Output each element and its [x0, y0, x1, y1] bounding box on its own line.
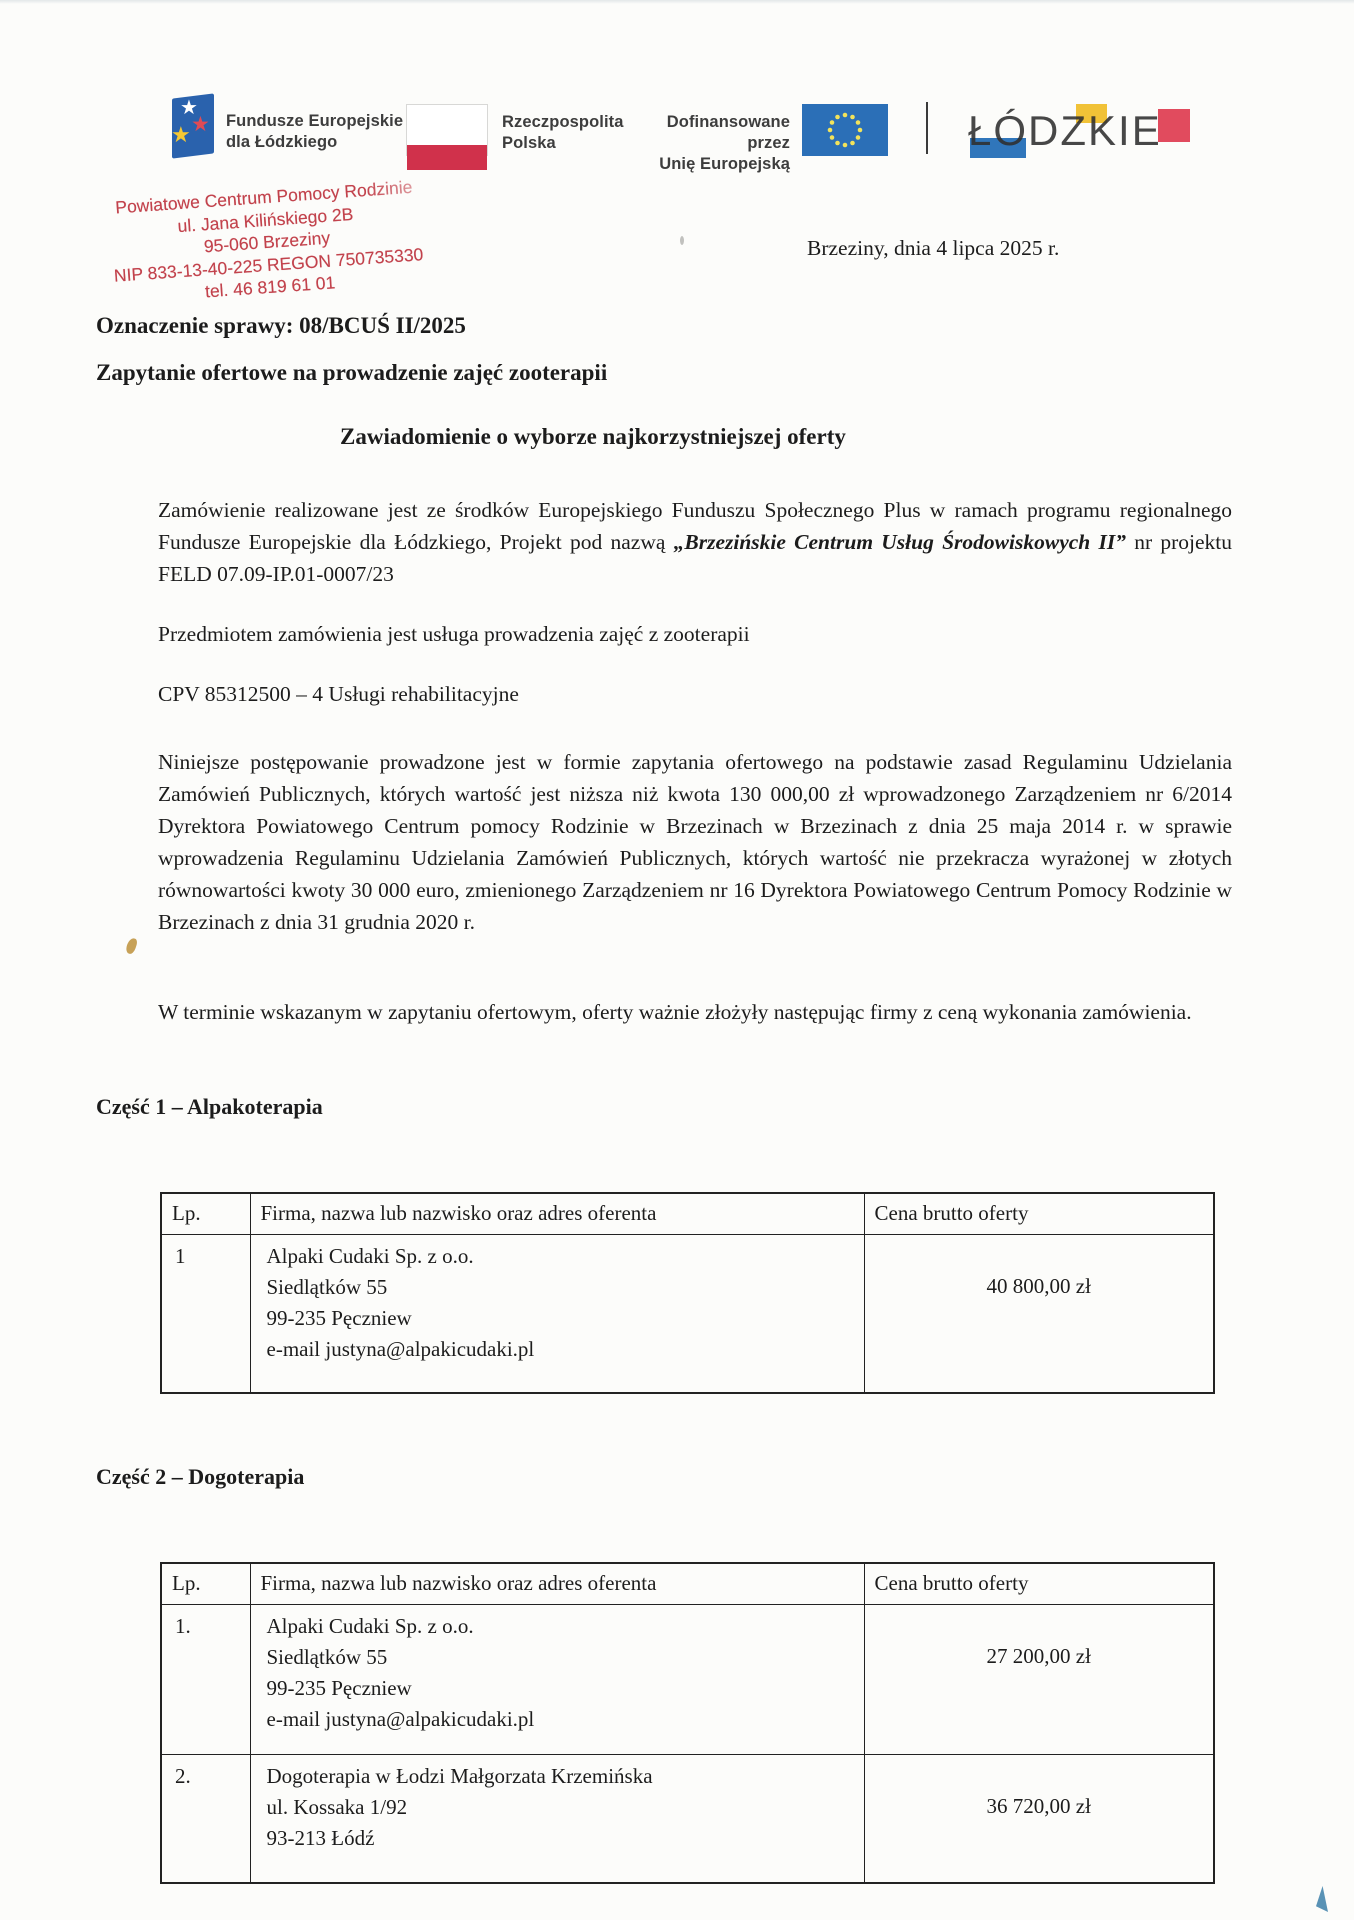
part2-heading: Część 2 – Dogoterapia [96, 1464, 304, 1490]
offerer-line-4: e-mail justyna@alpakicudaki.pl [267, 1334, 854, 1365]
document-page: ★ ★ ★ Fundusze Europejskie dla Łódzkiego… [0, 0, 1354, 1920]
date-line: Brzeziny, dnia 4 lipca 2025 r. [807, 236, 1059, 261]
poland-flag-red-stripe [407, 145, 487, 170]
rzeczpospolita-polska-logo: Rzeczpospolita Polska [406, 104, 624, 156]
cell-offerer: Dogoterapia w Łodzi Małgorzata Krzemińsk… [250, 1755, 864, 1883]
eu-star-icon [843, 143, 848, 148]
offers-table-part1: Lp.Firma, nazwa lub nazwisko oraz adres … [160, 1192, 1215, 1394]
logo-strip: ★ ★ ★ Fundusze Europejskie dla Łódzkiego… [0, 0, 1354, 200]
fe-star-yellow-icon: ★ [171, 124, 191, 146]
part1-heading: Część 1 – Alpakoterapia [96, 1094, 323, 1120]
offerer-line-2: Siedlątków 55 [267, 1272, 854, 1303]
cell-offerer: Alpaki Cudaki Sp. z o.o.Siedlątków 5599-… [250, 1235, 864, 1393]
table-header-col-offerer: Firma, nazwa lub nazwisko oraz adres ofe… [250, 1193, 864, 1235]
cell-offerer: Alpaki Cudaki Sp. z o.o.Siedlątków 5599-… [250, 1605, 864, 1755]
poland-flag-icon [406, 104, 488, 156]
cell-lp: 1. [161, 1605, 250, 1755]
eu-flag-icon [802, 104, 888, 156]
subject-line: Zapytanie ofertowe na prowadzenie zajęć … [96, 360, 607, 386]
table-header-row: Lp.Firma, nazwa lub nazwisko oraz adres … [161, 1563, 1214, 1605]
offerer-line-3: 99-235 Pęczniew [267, 1303, 854, 1334]
project-name: „Brzezińskie Centrum Usług Środowiskowyc… [674, 530, 1126, 554]
cell-price: 27 200,00 zł [864, 1605, 1214, 1755]
paragraph-procedure-basis: Niniejsze postępowanie prowadzone jest w… [158, 746, 1232, 938]
eu-funding-logo: Dofinansowane przez Unię Europejską [630, 104, 888, 175]
lodzkie-red-square [1158, 109, 1190, 142]
pl-logo-text: Rzeczpospolita Polska [502, 112, 624, 156]
paragraph-subject-of-order: Przedmiotem zamówienia jest usługa prowa… [158, 618, 1232, 650]
eu-star-icon [850, 141, 855, 146]
fundusze-europejskie-logo: ★ ★ ★ Fundusze Europejskie dla Łódzkiego [172, 96, 403, 156]
eu-star-icon [850, 115, 855, 120]
paragraph-cpv-code: CPV 85312500 – 4 Usługi rehabilitacyjne [158, 678, 1232, 710]
offerer-line-3: 93-213 Łódź [267, 1823, 854, 1854]
fe-logo-line2: dla Łódzkiego [226, 132, 403, 153]
eu-star-icon [856, 135, 861, 140]
fundusze-europejskie-flag-icon: ★ ★ ★ [172, 96, 214, 156]
cell-price: 40 800,00 zł [864, 1235, 1214, 1393]
lodzkie-wordmark: ŁÓDZKIE [968, 108, 1162, 154]
pl-logo-line2: Polska [502, 133, 624, 154]
table-header-col-price: Cena brutto oferty [864, 1193, 1214, 1235]
table-header-row: Lp.Firma, nazwa lub nazwisko oraz adres … [161, 1193, 1214, 1235]
fe-logo-text: Fundusze Europejskie dla Łódzkiego [226, 111, 403, 156]
eu-star-icon [835, 141, 840, 146]
offerer-line-2: Siedlątków 55 [267, 1642, 854, 1673]
table-header-col-offerer: Firma, nazwa lub nazwisko oraz adres ofe… [250, 1563, 864, 1605]
eu-star-icon [828, 128, 833, 133]
table-header-col-lp: Lp. [161, 1563, 250, 1605]
cell-lp: 2. [161, 1755, 250, 1883]
scan-artifact-blue-mark [1316, 1886, 1328, 1912]
table-header-col-lp: Lp. [161, 1193, 250, 1235]
logo-divider [926, 102, 928, 154]
pl-logo-line1: Rzeczpospolita [502, 112, 624, 133]
eu-logo-line2: Unię Europejską [630, 154, 790, 175]
eu-logo-text: Dofinansowane przez Unię Europejską [630, 112, 790, 175]
eu-star-icon [858, 128, 863, 133]
eu-logo-line1: Dofinansowane przez [630, 112, 790, 154]
eu-star-icon [843, 113, 848, 118]
eu-star-icon [856, 120, 861, 125]
scan-artifact-gray-speck [680, 236, 684, 245]
offerer-line-2: ul. Kossaka 1/92 [267, 1792, 854, 1823]
offerer-line-1: Alpaki Cudaki Sp. z o.o. [267, 1241, 854, 1272]
offerer-line-4: e-mail justyna@alpakicudaki.pl [267, 1704, 854, 1735]
cell-lp: 1 [161, 1235, 250, 1393]
offerer-line-1: Dogoterapia w Łodzi Małgorzata Krzemińsk… [267, 1761, 854, 1792]
cell-price: 36 720,00 zł [864, 1755, 1214, 1883]
fe-star-red-icon: ★ [191, 114, 210, 135]
table-row: 1.Alpaki Cudaki Sp. z o.o.Siedlątków 559… [161, 1605, 1214, 1755]
eu-star-icon [830, 120, 835, 125]
lodzkie-logo: ŁÓDZKIE [968, 104, 1190, 158]
scan-artifact-yellow-speck [125, 937, 139, 955]
offerer-line-1: Alpaki Cudaki Sp. z o.o. [267, 1611, 854, 1642]
table-row: 2.Dogoterapia w Łodzi Małgorzata Krzemiń… [161, 1755, 1214, 1883]
offerer-line-3: 99-235 Pęczniew [267, 1673, 854, 1704]
eu-star-icon [830, 135, 835, 140]
case-number: Oznaczenie sprawy: 08/BCUŚ II/2025 [96, 313, 466, 339]
eu-star-icon [835, 115, 840, 120]
paragraph-funding: Zamówienie realizowane jest ze środków E… [158, 494, 1232, 590]
fe-logo-line1: Fundusze Europejskie [226, 111, 403, 132]
paragraph-offers-received: W terminie wskazanym w zapytaniu ofertow… [158, 996, 1232, 1028]
table-header-col-price: Cena brutto oferty [864, 1563, 1214, 1605]
offers-table-part2: Lp.Firma, nazwa lub nazwisko oraz adres … [160, 1562, 1215, 1884]
document-title: Zawiadomienie o wyborze najkorzystniejsz… [340, 424, 846, 450]
table-row: 1Alpaki Cudaki Sp. z o.o.Siedlątków 5599… [161, 1235, 1214, 1393]
